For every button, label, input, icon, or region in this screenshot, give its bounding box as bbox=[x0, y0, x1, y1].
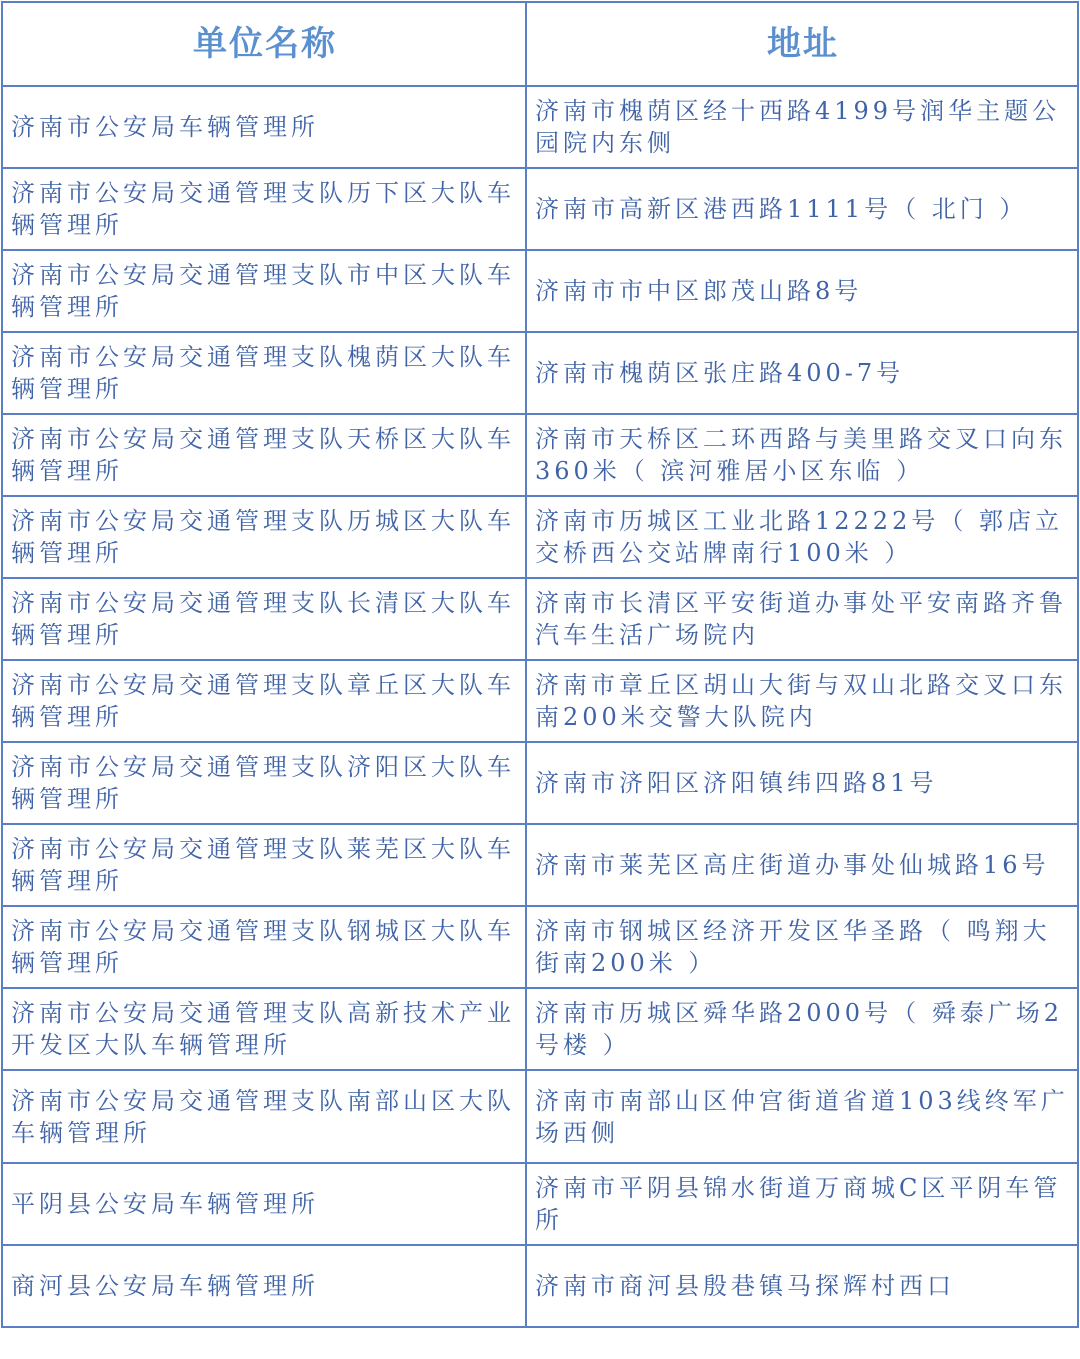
address-cell: 济南市历城区舜华路2000号（ 舜泰广场2号楼 ） bbox=[526, 988, 1078, 1070]
address-cell: 济南市历城区工业北路12222号（ 郭店立交桥西公交站牌南行100米 ） bbox=[526, 496, 1078, 578]
table-row: 商河县公安局车辆管理所 济南市商河县殷巷镇马探辉村西口 bbox=[2, 1245, 1078, 1327]
address-cell: 济南市高新区港西路1111号（ 北门 ） bbox=[526, 168, 1078, 250]
address-cell: 济南市商河县殷巷镇马探辉村西口 bbox=[526, 1245, 1078, 1327]
unit-name-cell: 济南市公安局交通管理支队莱芜区大队车辆管理所 bbox=[2, 824, 526, 906]
unit-name-cell: 商河县公安局车辆管理所 bbox=[2, 1245, 526, 1327]
table-row: 济南市公安局车辆管理所 济南市槐荫区经十西路4199号润华主题公园院内东侧 bbox=[2, 86, 1078, 168]
unit-name-cell: 济南市公安局交通管理支队长清区大队车辆管理所 bbox=[2, 578, 526, 660]
unit-name-cell: 济南市公安局交通管理支队天桥区大队车辆管理所 bbox=[2, 414, 526, 496]
table-row: 济南市公安局交通管理支队市中区大队车辆管理所 济南市市中区郎茂山路8号 bbox=[2, 250, 1078, 332]
address-cell: 济南市市中区郎茂山路8号 bbox=[526, 250, 1078, 332]
table-row: 济南市公安局交通管理支队钢城区大队车辆管理所 济南市钢城区经济开发区华圣路（ 鸣… bbox=[2, 906, 1078, 988]
address-cell: 济南市长清区平安街道办事处平安南路齐鲁汽车生活广场院内 bbox=[526, 578, 1078, 660]
address-cell: 济南市南部山区仲宫街道省道103线终军广场西侧 bbox=[526, 1070, 1078, 1163]
address-cell: 济南市槐荫区经十西路4199号润华主题公园院内东侧 bbox=[526, 86, 1078, 168]
table-row: 济南市公安局交通管理支队莱芜区大队车辆管理所 济南市莱芜区高庄街道办事处仙城路1… bbox=[2, 824, 1078, 906]
table-row: 济南市公安局交通管理支队南部山区大队车辆管理所 济南市南部山区仲宫街道省道103… bbox=[2, 1070, 1078, 1163]
table-row: 济南市公安局交通管理支队高新技术产业开发区大队车辆管理所 济南市历城区舜华路20… bbox=[2, 988, 1078, 1070]
address-cell: 济南市平阴县锦水街道万商城C区平阴车管所 bbox=[526, 1163, 1078, 1245]
unit-name-cell: 济南市公安局交通管理支队钢城区大队车辆管理所 bbox=[2, 906, 526, 988]
unit-name-cell: 济南市公安局交通管理支队高新技术产业开发区大队车辆管理所 bbox=[2, 988, 526, 1070]
table-row: 济南市公安局交通管理支队章丘区大队车辆管理所 济南市章丘区胡山大街与双山北路交叉… bbox=[2, 660, 1078, 742]
unit-name-cell: 济南市公安局交通管理支队章丘区大队车辆管理所 bbox=[2, 660, 526, 742]
address-cell: 济南市莱芜区高庄街道办事处仙城路16号 bbox=[526, 824, 1078, 906]
unit-name-cell: 济南市公安局交通管理支队历城区大队车辆管理所 bbox=[2, 496, 526, 578]
unit-name-cell: 济南市公安局交通管理支队市中区大队车辆管理所 bbox=[2, 250, 526, 332]
address-cell: 济南市章丘区胡山大街与双山北路交叉口东南200米交警大队院内 bbox=[526, 660, 1078, 742]
header-unit-name: 单位名称 bbox=[2, 2, 526, 86]
table-row: 济南市公安局交通管理支队历城区大队车辆管理所 济南市历城区工业北路12222号（… bbox=[2, 496, 1078, 578]
address-cell: 济南市钢城区经济开发区华圣路（ 鸣翔大街南200米 ） bbox=[526, 906, 1078, 988]
unit-name-cell: 济南市公安局交通管理支队历下区大队车辆管理所 bbox=[2, 168, 526, 250]
vehicle-office-table-container: 单位名称 地址 济南市公安局车辆管理所 济南市槐荫区经十西路4199号润华主题公… bbox=[1, 1, 1077, 1328]
vehicle-office-table: 单位名称 地址 济南市公安局车辆管理所 济南市槐荫区经十西路4199号润华主题公… bbox=[1, 1, 1079, 1328]
unit-name-cell: 济南市公安局车辆管理所 bbox=[2, 86, 526, 168]
unit-name-cell: 济南市公安局交通管理支队槐荫区大队车辆管理所 bbox=[2, 332, 526, 414]
table-row: 济南市公安局交通管理支队济阳区大队车辆管理所 济南市济阳区济阳镇纬四路81号 bbox=[2, 742, 1078, 824]
address-cell: 济南市天桥区二环西路与美里路交叉口向东360米（ 滨河雅居小区东临 ） bbox=[526, 414, 1078, 496]
unit-name-cell: 济南市公安局交通管理支队济阳区大队车辆管理所 bbox=[2, 742, 526, 824]
address-cell: 济南市槐荫区张庄路400-7号 bbox=[526, 332, 1078, 414]
table-row: 济南市公安局交通管理支队历下区大队车辆管理所 济南市高新区港西路1111号（ 北… bbox=[2, 168, 1078, 250]
header-address: 地址 bbox=[526, 2, 1078, 86]
address-cell: 济南市济阳区济阳镇纬四路81号 bbox=[526, 742, 1078, 824]
unit-name-cell: 平阴县公安局车辆管理所 bbox=[2, 1163, 526, 1245]
table-row: 平阴县公安局车辆管理所 济南市平阴县锦水街道万商城C区平阴车管所 bbox=[2, 1163, 1078, 1245]
unit-name-cell: 济南市公安局交通管理支队南部山区大队车辆管理所 bbox=[2, 1070, 526, 1163]
header-row: 单位名称 地址 bbox=[2, 2, 1078, 86]
table-row: 济南市公安局交通管理支队长清区大队车辆管理所 济南市长清区平安街道办事处平安南路… bbox=[2, 578, 1078, 660]
table-row: 济南市公安局交通管理支队槐荫区大队车辆管理所 济南市槐荫区张庄路400-7号 bbox=[2, 332, 1078, 414]
table-row: 济南市公安局交通管理支队天桥区大队车辆管理所 济南市天桥区二环西路与美里路交叉口… bbox=[2, 414, 1078, 496]
